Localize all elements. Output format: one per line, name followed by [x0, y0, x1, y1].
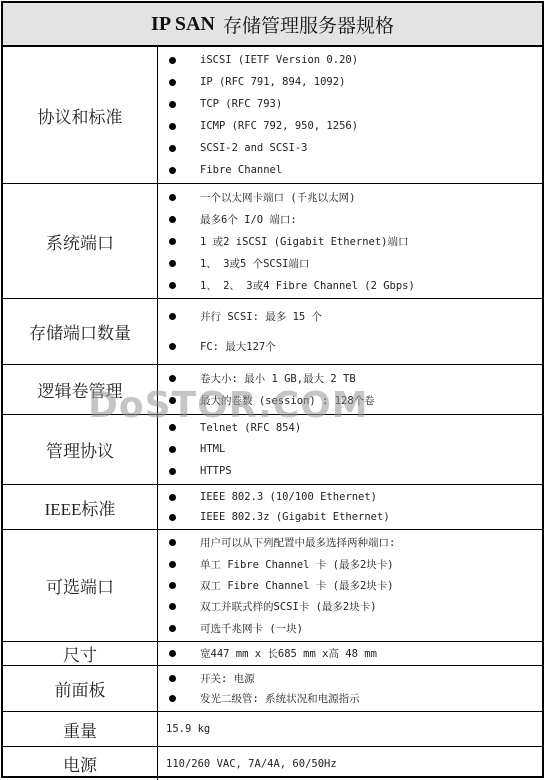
- weight-value: 15.9 kg: [158, 714, 542, 744]
- list-item: Fibre Channel: [158, 160, 542, 180]
- bullet-icon: [169, 79, 176, 86]
- title-cn: 存储管理服务器规格: [223, 11, 394, 38]
- row-content: Telnet (RFC 854) HTML HTTPS: [158, 415, 542, 484]
- list-item: 单工 Fibre Channel 卡 (最多2块卡): [158, 554, 542, 574]
- row-label: 逻辑卷管理: [3, 365, 158, 414]
- bullet-icon: [169, 123, 176, 130]
- row-content: 并行 SCSI: 最多 15 个 FC: 最大127个: [158, 299, 542, 364]
- bullet-icon: [169, 539, 176, 546]
- list-item: Telnet (RFC 854): [158, 418, 542, 438]
- list-item: iSCSI (IETF Version 0.20): [158, 50, 542, 70]
- spec-table: IP SAN 存储管理服务器规格 协议和标准 iSCSI (IETF Versi…: [1, 1, 544, 778]
- list-item: 最多6个 I/O 端口:: [158, 209, 542, 229]
- bullet-icon: [169, 145, 176, 152]
- row-label: 协议和标准: [3, 47, 158, 183]
- bullet-icon: [169, 650, 176, 657]
- list-item: 最大的卷数 (session) : 128个卷: [158, 391, 542, 411]
- list-item: FC: 最大127个: [158, 337, 542, 357]
- list-item: 卷大小: 最小 1 GB,最大 2 TB: [158, 368, 542, 388]
- row-content: 用户可以从下列配置中最多选择两种端口: 单工 Fibre Channel 卡 (…: [158, 530, 542, 641]
- bullet-icon: [169, 260, 176, 267]
- list-item: 用户可以从下列配置中最多选择两种端口:: [158, 533, 542, 553]
- table-row-ieee-standards: IEEE标准 IEEE 802.3 (10/100 Ethernet) IEEE…: [3, 485, 542, 530]
- bullet-icon: [169, 514, 176, 521]
- list-item: 可选千兆网卡 (一块): [158, 618, 542, 638]
- list-item: IP (RFC 791, 894, 1092): [158, 72, 542, 92]
- row-content: 开关: 电源 发光二级管: 系统状况和电源指示: [158, 666, 542, 711]
- list-item: IEEE 802.3z (Gigabit Ethernet): [158, 507, 542, 527]
- power-value: 110/260 VAC, 7A/4A, 60/50Hz: [158, 749, 542, 778]
- bullet-icon: [169, 625, 176, 632]
- table-row-dimensions: 尺寸 宽447 mm x 长685 mm x高 48 mm: [3, 642, 542, 666]
- list-item: 双工并联式样的SCSI卡 (最多2块卡): [158, 597, 542, 617]
- table-row-optional-ports: 可选端口 用户可以从下列配置中最多选择两种端口: 单工 Fibre Channe…: [3, 530, 542, 642]
- row-content: 110/260 VAC, 7A/4A, 60/50Hz: [158, 747, 542, 780]
- bullet-icon: [169, 695, 176, 702]
- bullet-icon: [169, 561, 176, 568]
- table-row-logical-volume: 逻辑卷管理 卷大小: 最小 1 GB,最大 2 TB 最大的卷数 (sessio…: [3, 365, 542, 415]
- bullet-icon: [169, 194, 176, 201]
- bullet-icon: [169, 57, 176, 64]
- list-item: 1 或2 iSCSI (Gigabit Ethernet)端口: [158, 231, 542, 251]
- bullet-icon: [169, 494, 176, 501]
- list-item: ICMP (RFC 792, 950, 1256): [158, 116, 542, 136]
- table-row-front-panel: 前面板 开关: 电源 发光二级管: 系统状况和电源指示: [3, 666, 542, 712]
- bullet-icon: [169, 167, 176, 174]
- list-item: IEEE 802.3 (10/100 Ethernet): [158, 487, 542, 507]
- table-row-power: 电源 110/260 VAC, 7A/4A, 60/50Hz: [3, 747, 542, 780]
- row-content: 宽447 mm x 长685 mm x高 48 mm: [158, 642, 542, 665]
- bullet-icon: [169, 675, 176, 682]
- bullet-icon: [169, 343, 176, 350]
- row-content: 卷大小: 最小 1 GB,最大 2 TB 最大的卷数 (session) : 1…: [158, 365, 542, 414]
- row-label: 重量: [3, 712, 158, 746]
- bullet-icon: [169, 582, 176, 589]
- row-label: 可选端口: [3, 530, 158, 641]
- bullet-icon: [169, 238, 176, 245]
- list-item: HTML: [158, 439, 542, 459]
- row-label: 系统端口: [3, 184, 158, 298]
- list-item: 宽447 mm x 长685 mm x高 48 mm: [158, 644, 542, 663]
- list-item: 1、 3或5 个SCSI端口: [158, 253, 542, 273]
- list-item: 1、 2、 3或4 Fibre Channel (2 Gbps): [158, 275, 542, 295]
- table-row-weight: 重量 15.9 kg: [3, 712, 542, 747]
- bullet-icon: [169, 216, 176, 223]
- table-row-management-protocols: 管理协议 Telnet (RFC 854) HTML HTTPS: [3, 415, 542, 485]
- row-label: 尺寸: [3, 642, 158, 665]
- bullet-icon: [169, 446, 176, 453]
- bullet-icon: [169, 424, 176, 431]
- list-item: HTTPS: [158, 461, 542, 481]
- row-label: 存储端口数量: [3, 299, 158, 364]
- table-row-system-ports: 系统端口 一个以太网卡端口 (千兆以太网) 最多6个 I/O 端口: 1 或2 …: [3, 184, 542, 299]
- list-item: 并行 SCSI: 最多 15 个: [158, 306, 542, 326]
- row-label: 电源: [3, 747, 158, 780]
- table-row-storage-port-count: 存储端口数量 并行 SCSI: 最多 15 个 FC: 最大127个: [3, 299, 542, 365]
- list-item: SCSI-2 and SCSI-3: [158, 138, 542, 158]
- bullet-icon: [169, 603, 176, 610]
- list-item: 一个以太网卡端口 (千兆以太网): [158, 187, 542, 207]
- row-content: IEEE 802.3 (10/100 Ethernet) IEEE 802.3z…: [158, 485, 542, 529]
- bullet-icon: [169, 397, 176, 404]
- title-en: IP SAN: [151, 13, 215, 36]
- row-content: iSCSI (IETF Version 0.20) IP (RFC 791, 8…: [158, 47, 542, 183]
- bullet-icon: [169, 375, 176, 382]
- bullet-icon: [169, 313, 176, 320]
- list-item: 发光二级管: 系统状况和电源指示: [158, 689, 542, 709]
- bullet-icon: [169, 101, 176, 108]
- row-label: IEEE标准: [3, 485, 158, 529]
- row-content: 一个以太网卡端口 (千兆以太网) 最多6个 I/O 端口: 1 或2 iSCSI…: [158, 184, 542, 298]
- row-label: 前面板: [3, 666, 158, 711]
- table-row-protocols: 协议和标准 iSCSI (IETF Version 0.20) IP (RFC …: [3, 47, 542, 184]
- list-item: 双工 Fibre Channel 卡 (最多2块卡): [158, 575, 542, 595]
- bullet-icon: [169, 282, 176, 289]
- row-label: 管理协议: [3, 415, 158, 484]
- bullet-icon: [169, 468, 176, 475]
- row-content: 15.9 kg: [158, 712, 542, 746]
- list-item: 开关: 电源: [158, 668, 542, 688]
- table-title: IP SAN 存储管理服务器规格: [3, 3, 542, 47]
- list-item: TCP (RFC 793): [158, 94, 542, 114]
